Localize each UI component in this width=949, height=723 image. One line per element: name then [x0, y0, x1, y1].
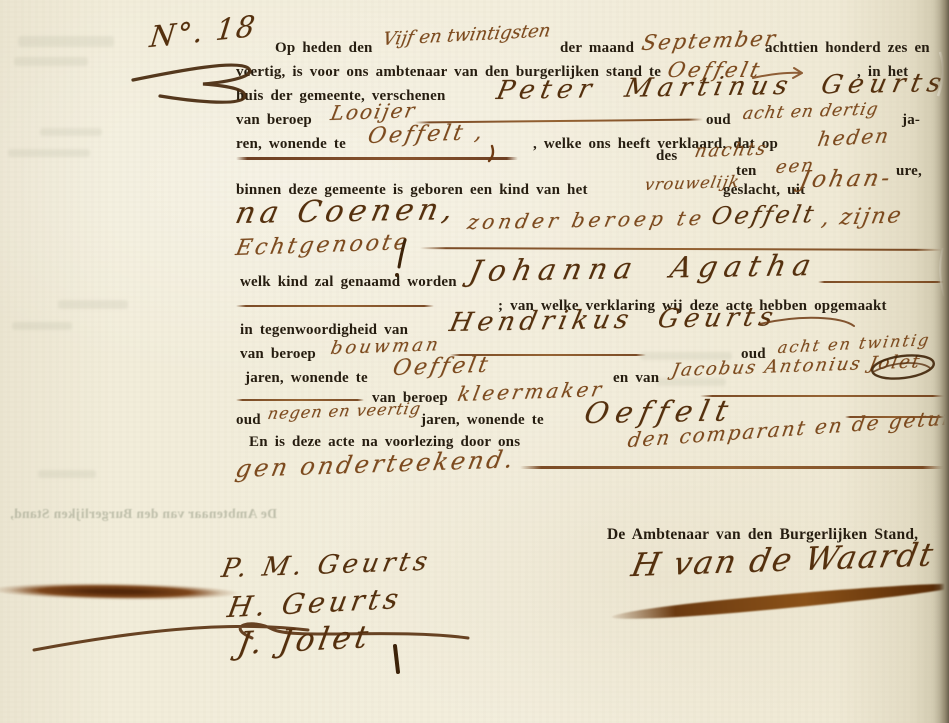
birth-record-scan: De Ambtenaar van den Burgerlijken Stand,… — [0, 0, 949, 723]
handwritten-age: acht en dertig — [741, 99, 880, 124]
bleed-smudge — [12, 322, 72, 330]
handwritten-day: Vijf en twintigsten — [381, 20, 552, 50]
bleed-smudge — [18, 36, 114, 47]
printed-text: ren, wonende te — [236, 136, 346, 153]
handwritten-date-word: heden — [816, 123, 892, 151]
printed-text: jaren, wonende te — [245, 370, 368, 387]
handwritten-spouse-word: Echtgenoote — [234, 230, 413, 261]
handwritten-occupation: Looijer — [329, 98, 419, 125]
ink-dash — [236, 157, 518, 160]
printed-text: van beroep — [236, 112, 312, 129]
signature-witness2: H. Geurts — [225, 582, 405, 624]
ink-smear-left — [0, 581, 240, 601]
handwritten-child-name: Johanna Agatha — [466, 248, 821, 288]
signature-witness3: J. Jolet — [235, 619, 375, 662]
printed-text: geslacht, uit — [723, 182, 805, 199]
printed-text: oud — [236, 412, 261, 429]
handwritten-witness2-age: negen en veertig — [266, 399, 423, 423]
printed-text: der maand — [560, 40, 634, 57]
handwritten-witness2-occupation: kleermaker — [456, 377, 607, 406]
handwritten-mother-residence: Oeffelt — [709, 200, 819, 230]
bleed-smudge — [14, 57, 88, 66]
act-number: N°. 18 — [148, 8, 259, 54]
printed-text: achttien honderd zes en — [765, 40, 930, 57]
ink-dash — [818, 281, 944, 283]
ink-dash — [520, 466, 944, 469]
printed-text: jaren, wonende te — [421, 412, 544, 429]
act-number-flourish — [133, 65, 250, 102]
printed-text: van beroep — [240, 346, 316, 363]
bleed-smudge — [58, 300, 128, 309]
handwritten-text: , zijne — [820, 203, 905, 231]
bleed-smudge — [38, 470, 96, 478]
handwritten-witness1-name: Hendrikus Geurts — [447, 302, 781, 338]
ink-smear-right — [611, 578, 949, 624]
handwritten-residence: Oeffelt , — [366, 120, 488, 149]
printed-text: des — [656, 148, 677, 165]
bleed-smudge — [40, 128, 102, 136]
printed-text: ure, — [896, 163, 922, 180]
handwritten-mother-name-part: Johan- — [797, 165, 895, 193]
bleed-smudge — [8, 149, 90, 157]
bleed-through-text: De Ambtenaar van den Burgerlijken Stand, — [10, 506, 277, 522]
handwritten-mother-name: na Coenen, — [232, 192, 461, 231]
handwritten-time-of-day: nachts — [693, 138, 770, 162]
page-binding-edge — [933, 0, 949, 723]
signature-witness1: P. M. Geurts — [219, 547, 434, 585]
printed-text: Op heden den — [275, 40, 373, 57]
handwritten-witness1-residence: Oeffelt — [391, 353, 493, 382]
printed-text: oud — [706, 112, 731, 129]
ink-dash — [236, 305, 434, 307]
printed-text: ja- — [902, 112, 920, 129]
printed-text: en van — [613, 370, 659, 387]
handwritten-mother-occupation: zonder beroep te — [465, 206, 707, 234]
printed-text: welk kind zal genaamd worden — [240, 274, 457, 291]
stray-ink-mark — [395, 646, 398, 672]
handwritten-month: September — [640, 26, 780, 55]
